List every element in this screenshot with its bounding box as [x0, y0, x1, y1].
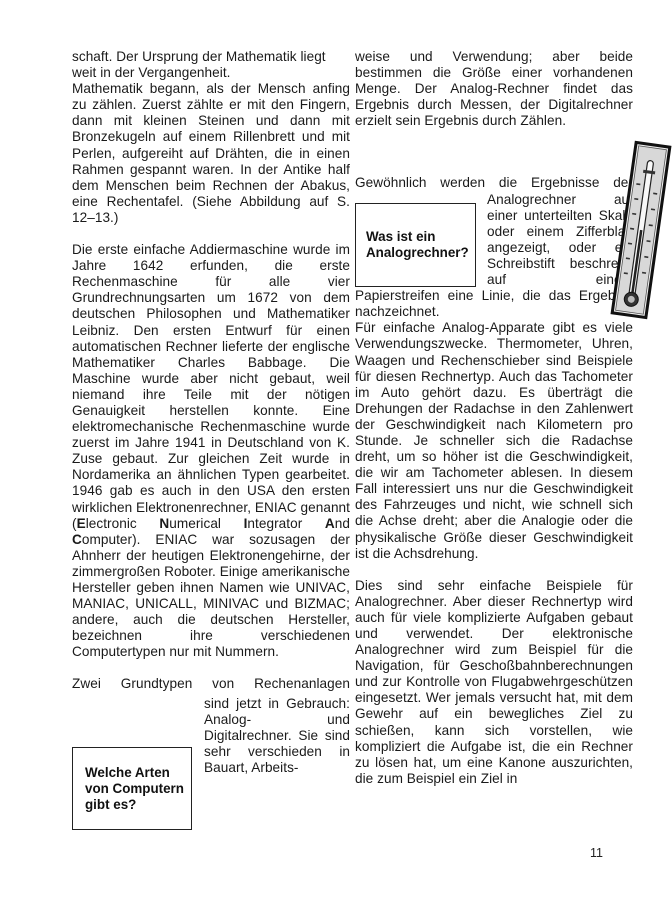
- sidebar-question-text: Analogrechner?: [366, 245, 469, 261]
- paragraph-origin: schaft. Der Ursprung der Mathematik lieg…: [72, 49, 350, 81]
- paragraph-counting: Mathematik begann, als der Mensch anfing…: [72, 81, 350, 226]
- sidebar-question-text: gibt es?: [85, 797, 184, 813]
- sidebar-question-text: Welche Arten: [85, 765, 184, 781]
- sidebar-question-text: von Computern: [85, 781, 184, 797]
- sidebar-question-text: Was ist ein: [366, 229, 469, 245]
- sidebar-question-computer-types: Welche Arten von Computern gibt es?: [72, 747, 192, 830]
- page-number: 11: [590, 846, 603, 860]
- thermometer-icon: [610, 130, 672, 330]
- left-column: schaft. Der Ursprung der Mathematik lieg…: [72, 49, 350, 780]
- paragraph-measure-count: weise und Verwendung; aber beide bestimm…: [355, 49, 633, 129]
- paragraph-complex-uses: Dies sind sehr einfache Beispiele für An…: [355, 578, 633, 787]
- paragraph-two-types-first-line: Zwei Grundtypen von Rechenanlagen: [72, 676, 350, 692]
- right-column: weise und Verwendung; aber beide bestimm…: [355, 49, 633, 787]
- paragraph-display-first-line: Gewöhnlich werden die Ergebnisse der: [355, 175, 633, 191]
- sidebar-question-analog-computer: Was ist ein Analogrechner?: [355, 203, 476, 287]
- paragraph-examples: Für einfache Analog-Apparate gibt es vie…: [355, 320, 633, 561]
- paragraph-history: Die erste einfache Addiermaschine wurde …: [72, 242, 350, 660]
